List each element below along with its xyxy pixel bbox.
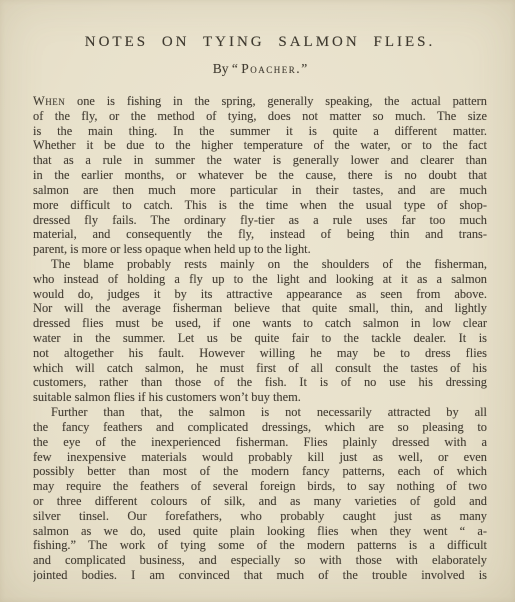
- text-line: dressed fly fails. The ordinary fly-tier…: [33, 213, 487, 228]
- text-line: may require the feathers of several fore…: [33, 479, 487, 494]
- paragraph: The blame probably rests mainly on the s…: [33, 257, 487, 405]
- text-line: that as a rule in summer the water is ge…: [33, 153, 487, 168]
- byline-author: Poacher.: [241, 61, 301, 76]
- text-line: fishing.” The work of tying some of the …: [33, 538, 487, 553]
- byline: By “ Poacher.”: [33, 61, 487, 77]
- text-line: dressed flies must be used, if one wants…: [33, 316, 487, 331]
- text-line: parent, is more or less opaque when held…: [33, 242, 487, 257]
- text-line: salmon as we do, used quite plain lookin…: [33, 524, 487, 539]
- text-line: and complicated business, and especially…: [33, 553, 487, 568]
- text-line: water in the summer. Let us be quite fai…: [33, 331, 487, 346]
- byline-close-quote: ”: [301, 61, 307, 76]
- page-body: When one is fishing in the spring, gener…: [33, 94, 487, 583]
- text-line: Further than that, the salmon is not nec…: [33, 405, 487, 420]
- text-line: who instead of holding a fly up to the l…: [33, 272, 487, 287]
- text-line: more difficult to catch. This is the tim…: [33, 198, 487, 213]
- text-line: Whether it be due to the higher temperat…: [33, 138, 487, 153]
- text-line: customers, rather than those of the fish…: [33, 375, 487, 390]
- text-line: jointed bodies. I am convinced that much…: [33, 568, 487, 583]
- lead-word-smallcaps: When: [33, 94, 65, 108]
- text-line: in the earlier months, or whatever be th…: [33, 168, 487, 183]
- text-line: The blame probably rests mainly on the s…: [33, 257, 487, 272]
- paragraph: Further than that, the salmon is not nec…: [33, 405, 487, 583]
- text-line: is the main thing. In the summer it is q…: [33, 124, 487, 139]
- page-content: NOTES ON TYING SALMON FLIES. By “ Poache…: [33, 34, 487, 583]
- text-line: of the fly, or the method of tying, does…: [33, 109, 487, 124]
- byline-by: By “: [213, 61, 242, 76]
- text-line: or three different colours of silk, and …: [33, 494, 487, 509]
- text-line: not altogether his fault. However willin…: [33, 346, 487, 361]
- text-line: salmon are then much more particular in …: [33, 183, 487, 198]
- text-line: which will catch salmon, he must first o…: [33, 361, 487, 376]
- text-line: material, and consequently the fly, inst…: [33, 227, 487, 242]
- text-line: possibly better than most of the modern …: [33, 464, 487, 479]
- paragraph: When one is fishing in the spring, gener…: [33, 94, 487, 257]
- text-line: would do, judges it by its attractive ap…: [33, 287, 487, 302]
- text-line: the fancy feathers and complicated dress…: [33, 420, 487, 435]
- text-line: When one is fishing in the spring, gener…: [33, 94, 487, 109]
- text-line: suitable salmon flies if his customers w…: [33, 390, 487, 405]
- text-line: few inexpensive materials would probably…: [33, 450, 487, 465]
- page-title: NOTES ON TYING SALMON FLIES.: [33, 34, 487, 51]
- text-line: the eye of the inexperienced fisherman. …: [33, 435, 487, 450]
- text-line: Nor will the average fisherman believe t…: [33, 301, 487, 316]
- book-page-scan: NOTES ON TYING SALMON FLIES. By “ Poache…: [0, 0, 515, 602]
- text-line: silver tinsel. Our forefathers, who prob…: [33, 509, 487, 524]
